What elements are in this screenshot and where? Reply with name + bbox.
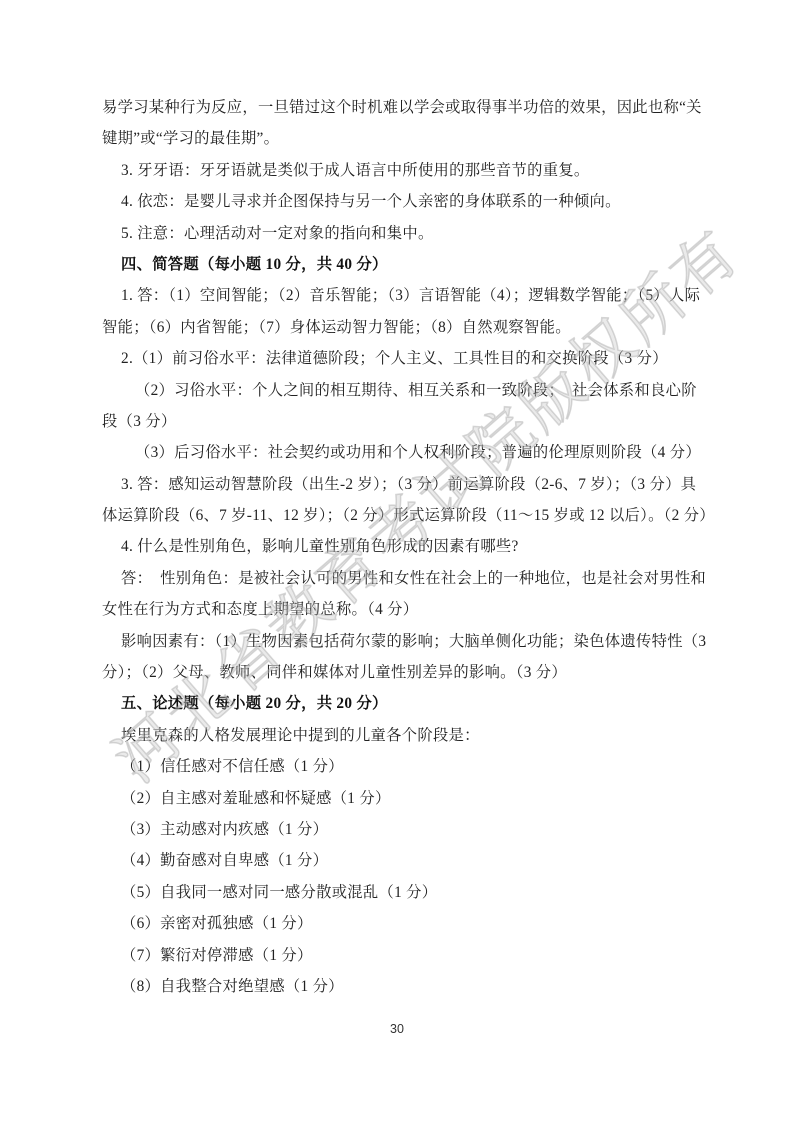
document-line: （1）信任感对不信任感（1 分）	[102, 751, 686, 782]
document-line: （8）自我整合对绝望感（1 分）	[102, 971, 686, 1002]
document-line: 影响因素有：（1）生物因素包括荷尔蒙的影响；大脑单侧化功能；染色体遗传特性（3	[102, 626, 686, 657]
document-line: 5. 注意：心理活动对一定对象的指向和集中。	[102, 218, 686, 249]
document-line: 键期”或“学习的最佳期”。	[102, 123, 686, 154]
document-line: 3. 答：感知运动智慧阶段（出生-2 岁）；（3 分）前运算阶段（2-6、7 岁…	[102, 469, 686, 500]
document-line: 段（3 分）	[102, 406, 686, 437]
document-line: （4）勤奋感对自卑感（1 分）	[102, 845, 686, 876]
document-line: 2.（1）前习俗水平：法律道德阶段；个人主义、工具性目的和交换阶段（3 分）	[102, 343, 686, 374]
document-line: 易学习某种行为反应，一旦错过这个时机难以学会或取得事半功倍的效果，因此也称“关	[102, 92, 686, 123]
document-line: 女性在行为方式和态度上期望的总称。（4 分）	[102, 594, 686, 625]
document-line: （6）亲密对孤独感（1 分）	[102, 908, 686, 939]
document-line: 4. 什么是性别角色，影响儿童性别角色形成的因素有哪些?	[102, 531, 686, 562]
document-page: 河北省教育考试院版权所有 易学习某种行为反应，一旦错过这个时机难以学会或取得事半…	[0, 0, 794, 1123]
document-line: 1. 答：（1）空间智能；（2）音乐智能；（3）言语智能（4）；逻辑数学智能；（…	[102, 280, 686, 311]
document-line: （3）后习俗水平：社会契约或功用和个人权利阶段；普遍的伦理原则阶段（4 分）	[102, 437, 686, 468]
document-line: （2）习俗水平：个人之间的相互期待、相互关系和一致阶段； 社会体系和良心阶	[102, 375, 686, 406]
document-line: （3）主动感对内疚感（1 分）	[102, 814, 686, 845]
document-line: 4. 依恋：是婴儿寻求并企图保持与另一个人亲密的身体联系的一种倾向。	[102, 186, 686, 217]
document-line: （2）自主感对羞耻感和怀疑感（1 分）	[102, 783, 686, 814]
document-line: 3. 牙牙语：牙牙语就是类似于成人语言中所使用的那些音节的重复。	[102, 155, 686, 186]
document-line: 四、简答题（每小题 10 分，共 40 分）	[102, 249, 686, 280]
document-line: 答： 性别角色：是被社会认可的男性和女性在社会上的一种地位，也是社会对男性和	[102, 563, 686, 594]
document-line: 分）；（2）父母、教师、同伴和媒体对儿童性别差异的影响。（3 分）	[102, 657, 686, 688]
document-line: 体运算阶段（6、7 岁-11、12 岁）；（2 分）形式运算阶段（11～15 岁…	[102, 500, 686, 531]
document-line: （7）繁衍对停滞感（1 分）	[102, 940, 686, 971]
document-line: 智能；（6）内省智能；（7）身体运动智力智能；（8）自然观察智能。	[102, 312, 686, 343]
document-line: （5）自我同一感对同一感分散或混乱（1 分）	[102, 877, 686, 908]
page-number: 30	[0, 1022, 794, 1036]
document-line: 五、论述题（每小题 20 分，共 20 分）	[102, 688, 686, 719]
document-content: 易学习某种行为反应，一旦错过这个时机难以学会或取得事半功倍的效果，因此也称“关键…	[102, 92, 686, 1002]
document-line: 埃里克森的人格发展理论中提到的儿童各个阶段是：	[102, 720, 686, 751]
